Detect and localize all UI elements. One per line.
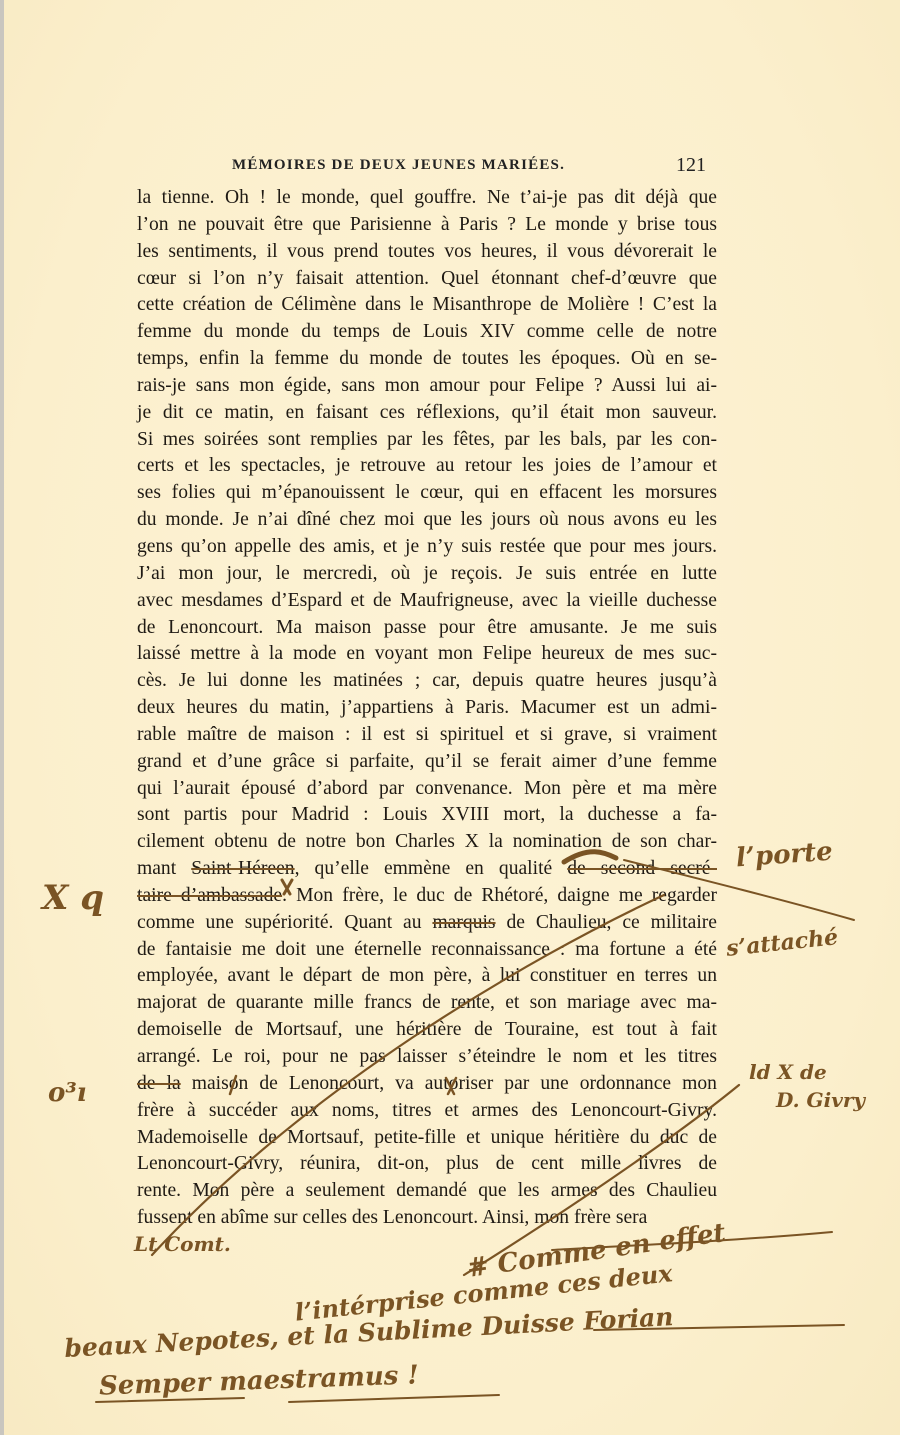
text-line: majorat de quarante mille francs de rent… <box>137 990 717 1017</box>
deleted-text: de la <box>137 1073 181 1094</box>
text-segment: mant <box>137 858 191 879</box>
text-line: temps, enfin la femme du monde de toutes… <box>137 346 717 373</box>
margin-note-left-1: X q <box>42 878 104 918</box>
margin-note-right-4: D. Givry <box>776 1088 865 1112</box>
text-line: la tienne. Oh ! le monde, quel gouffre. … <box>137 185 717 212</box>
deleted-text: de second secré- <box>567 858 717 879</box>
text-line: gens qu’on appelle des amis, et je n’y s… <box>137 534 717 561</box>
text-line-with-deletions: comme une supériorité. Quant au marquis … <box>137 910 717 937</box>
text-line: deux heures du matin, j’appartiens à Par… <box>137 695 717 722</box>
text-line: de fantaisie me doit une éternelle recon… <box>137 937 717 964</box>
text-segment: comme une supériorité. Quant au <box>137 912 432 933</box>
deleted-text: taire d’ambassade <box>137 885 282 906</box>
text-line: demoiselle de Mortsauf, une héritière de… <box>137 1017 717 1044</box>
text-line: Lenoncourt-Givry, réunira, dit-on, plus … <box>137 1151 717 1178</box>
text-line: qui l’aurait épousé d’abord par convenan… <box>137 776 717 803</box>
text-line: avec mesdames d’Espard et de Maufrigneus… <box>137 588 717 615</box>
text-line: ses folies qui m’épanouissent le cœur, q… <box>137 480 717 507</box>
deleted-text: Saint-Héreen <box>191 858 294 879</box>
text-line: frère à succéder aux noms, titres et arm… <box>137 1098 717 1125</box>
text-segment: maison de Lenoncourt, va autoriser par u… <box>181 1073 717 1094</box>
text-line: arrangé. Le roi, pour ne pas laisser s’é… <box>137 1044 717 1071</box>
body-text: la tienne. Oh ! le monde, quel gouffre. … <box>137 185 717 1232</box>
text-line: rable maître de maison : il est si spiri… <box>137 722 717 749</box>
text-line: certs et les spectacles, je retrouve au … <box>137 453 717 480</box>
text-line-with-deletions: de la maison de Lenoncourt, va autoriser… <box>137 1071 717 1098</box>
margin-note-right-1: l’porte <box>735 837 834 874</box>
text-segment: de Chaulieu, ce militaire <box>496 912 717 933</box>
text-line: cette création de Célimène dans le Misan… <box>137 292 717 319</box>
text-line: grand et d’une grâce si parfaite, qu’il … <box>137 749 717 776</box>
margin-note-right-3: ld X de <box>749 1060 827 1084</box>
text-line: sont partis pour Madrid : Louis XVIII mo… <box>137 802 717 829</box>
running-head-title: MÉMOIRES DE DEUX JEUNES MARIÉES. <box>232 157 565 173</box>
running-head: MÉMOIRES DE DEUX JEUNES MARIÉES. <box>232 157 692 174</box>
text-line: employée, avant le départ de mon père, à… <box>137 963 717 990</box>
text-line: laissé mettre à la mode en voyant mon Fe… <box>137 641 717 668</box>
text-line: rais-je sans mon égide, sans mon amour p… <box>137 373 717 400</box>
text-line: l’on ne pouvait être que Parisienne à Pa… <box>137 212 717 239</box>
text-line: cilement obtenu de notre bon Charles X l… <box>137 829 717 856</box>
text-line: les sentiments, il vous prend toutes vos… <box>137 239 717 266</box>
text-line-with-deletions: mant Saint-Héreen, qu’elle emmène en qua… <box>137 856 717 883</box>
text-segment: . Mon frère, le duc de Rhétoré, daigne m… <box>282 885 717 906</box>
below-text-note: Lt Comt. <box>134 1232 231 1256</box>
text-line: Si mes soirées sont remplies par les fêt… <box>137 427 717 454</box>
text-line: cès. Je lui donne les matinées ; car, de… <box>137 668 717 695</box>
book-page: MÉMOIRES DE DEUX JEUNES MARIÉES. 121 la … <box>4 0 900 1435</box>
margin-note-left-2: o³ı <box>48 1078 87 1108</box>
margin-note-right-2: s’attaché <box>725 924 839 962</box>
text-line: Mademoiselle de Mortsauf, petite-fille e… <box>137 1125 717 1152</box>
deleted-text: marquis <box>432 912 495 933</box>
text-line: J’ai mon jour, le mercredi, où je reçois… <box>137 561 717 588</box>
text-segment: , qu’elle emmène en qualité <box>295 858 568 879</box>
bottom-note-line-4: Semper maestramus ! <box>99 1360 420 1401</box>
text-line: femme du monde du temps de Louis XIV com… <box>137 319 717 346</box>
text-line-with-deletions: taire d’ambassade. Mon frère, le duc de … <box>137 883 717 910</box>
text-line: de Lenoncourt. Ma maison passe pour être… <box>137 615 717 642</box>
page-number: 121 <box>676 154 706 177</box>
text-line: rente. Mon père a seulement demandé que … <box>137 1178 717 1205</box>
text-line: fussent en abîme sur celles des Lenoncou… <box>137 1205 717 1232</box>
text-line: cœur si l’on n’y faisait attention. Quel… <box>137 266 717 293</box>
text-line: je dit ce matin, en faisant ces réflexio… <box>137 400 717 427</box>
text-line: du monde. Je n’ai dîné chez moi que les … <box>137 507 717 534</box>
